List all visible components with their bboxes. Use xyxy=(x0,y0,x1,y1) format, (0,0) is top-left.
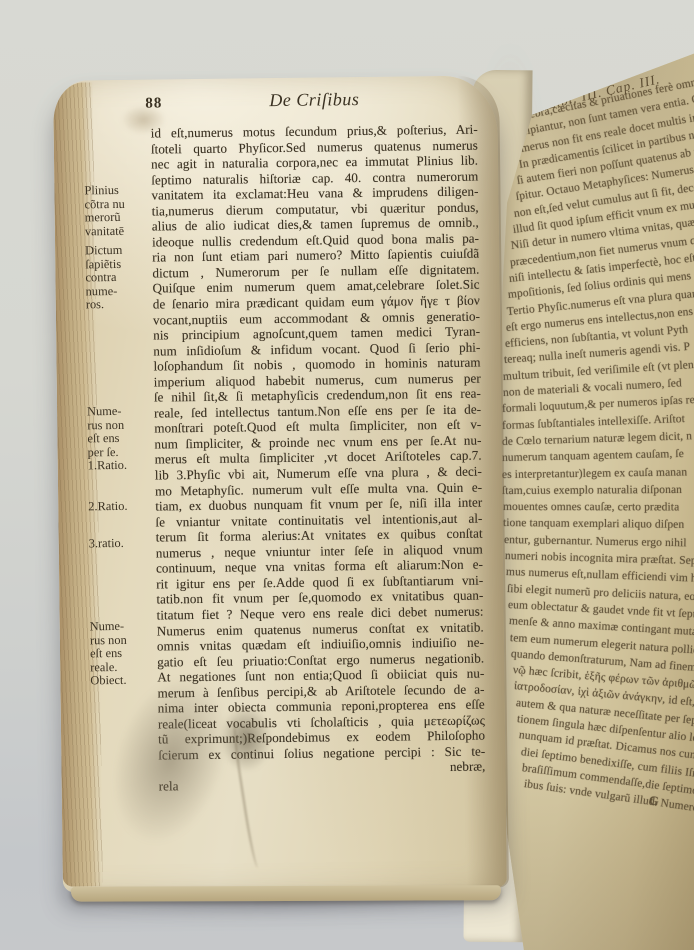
right-page-shading xyxy=(484,50,694,950)
margin-note-line: eſt ens xyxy=(87,432,153,446)
page-bottom-edge xyxy=(71,885,501,902)
margin-note-line: 3.ratio. xyxy=(89,537,155,551)
margin-note-line: vanitatē xyxy=(85,224,151,238)
margin-note-line: eſt ens xyxy=(90,647,156,661)
margin-note: 2.Ratio. xyxy=(88,500,154,514)
margin-notes-column: Pliniuscõtra numerorũvanitatēDictumſapiẽ… xyxy=(53,75,497,80)
margin-note-line: rus non xyxy=(90,633,156,647)
margin-note-line: rus non xyxy=(87,418,153,432)
book-photograph: Libr. III. Cap. III. nebra,cæcitas & pri… xyxy=(0,0,694,950)
margin-note-line: 1.Ratio. xyxy=(88,459,154,473)
margin-note-line: ſapiẽtis xyxy=(85,257,151,271)
margin-note-line: Plinius xyxy=(84,184,150,198)
right-page: Libr. III. Cap. III. nebra,cæcitas & pri… xyxy=(484,50,694,950)
margin-note-line: Dictum xyxy=(85,244,151,258)
margin-note: Nume-rus noneſt ensper ſe.1.Ratio. xyxy=(87,405,154,474)
margin-note-line: 2.Ratio. xyxy=(88,500,154,514)
margin-note-line: nume- xyxy=(86,284,152,298)
margin-note: Dictumſapiẽtiscontranume-ros. xyxy=(85,244,152,313)
margin-note-line: Nume- xyxy=(87,405,153,419)
running-title: De Criſibus xyxy=(149,88,479,113)
margin-note-line: contra xyxy=(85,271,151,285)
margin-note-line: ros. xyxy=(86,298,152,312)
margin-note-line: Nume- xyxy=(90,620,156,634)
margin-note: 3.ratio. xyxy=(89,537,155,551)
margin-note: Pliniuscõtra numerorũvanitatē xyxy=(84,184,151,239)
left-page: 88 De Criſibus Pliniuscõtra numerorũvani… xyxy=(53,75,507,892)
